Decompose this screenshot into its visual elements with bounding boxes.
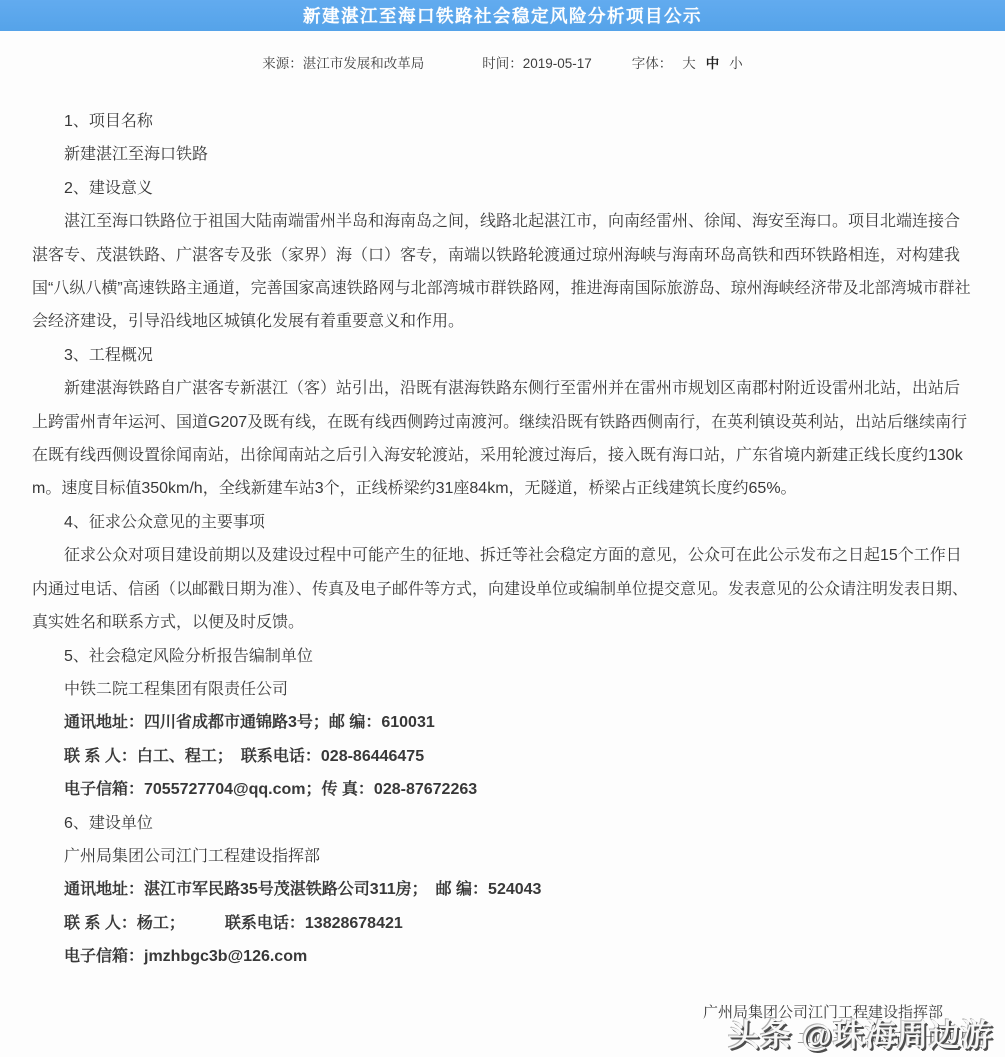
article-paragraph: 联 系 人：白工、程工； 联系电话：028-86446475: [32, 740, 973, 773]
article-paragraph: 6、建设单位: [32, 807, 973, 840]
font-label: 字体：: [632, 56, 673, 71]
time-label: 时间：: [482, 56, 523, 71]
notice-title-bar: 新建湛江至海口铁路社会稳定风险分析项目公示: [0, 0, 1005, 31]
meta-time: 时间：2019-05-17: [482, 52, 592, 72]
article-paragraph: 通讯地址：四川省成都市通锦路3号；邮 编：610031: [32, 706, 973, 739]
meta-bar: 来源：湛江市发展和改革局 时间：2019-05-17 字体：大中小: [0, 53, 1005, 71]
article-paragraph: 电子信箱：jmzhbgc3b@126.com: [32, 940, 973, 973]
font-size-large-button[interactable]: 大: [682, 56, 696, 71]
article-paragraph: 3、工程概况: [32, 339, 973, 372]
article-paragraph: 广州局集团公司江门工程建设指挥部: [32, 840, 973, 873]
article-paragraph: 4、征求公众意见的主要事项: [32, 506, 973, 539]
article-paragraph: 联 系 人：杨工； 联系电话：13828678421: [32, 907, 973, 940]
article-paragraph: 5、社会稳定风险分析报告编制单位: [32, 640, 973, 673]
font-size-small-button[interactable]: 小: [729, 56, 743, 71]
article-paragraph: 湛江至海口铁路位于祖国大陆南端雷州半岛和海南岛之间，线路北起湛江市，向南经雷州、…: [32, 205, 973, 339]
article-paragraph: 通讯地址：湛江市军民路35号茂湛铁路公司311房； 邮 编：524043: [32, 873, 973, 906]
article-paragraph: 新建湛海铁路自广湛客专新湛江（客）站引出，沿既有湛海铁路东侧行至雷州并在雷州市规…: [32, 372, 973, 506]
article-paragraph: 中铁二院工程集团有限责任公司: [32, 673, 973, 706]
font-size-medium-button[interactable]: 中: [706, 56, 720, 71]
meta-source: 来源：湛江市发展和改革局: [262, 52, 424, 72]
time-value: 2019-05-17: [523, 56, 592, 71]
article-body: 1、项目名称新建湛江至海口铁路2、建设意义湛江至海口铁路位于祖国大陆南端雷州半岛…: [32, 105, 973, 974]
article-paragraph: 新建湛江至海口铁路: [32, 138, 973, 171]
article-paragraph: 1、项目名称: [32, 105, 973, 138]
article-paragraph: 2、建设意义: [32, 172, 973, 205]
source-value: 湛江市发展和改革局: [303, 56, 425, 71]
source-label: 来源：: [262, 56, 303, 71]
footer-signature-date: 二〇一九年五月十四日: [703, 1026, 977, 1049]
article-paragraph: 征求公众对项目建设前期以及建设过程中可能产生的征地、拆迁等社会稳定方面的意见，公…: [32, 539, 973, 639]
page-title: 新建湛江至海口铁路社会稳定风险分析项目公示: [303, 3, 702, 28]
footer-signature: 广州局集团公司江门工程建设指挥部 二〇一九年五月十四日: [703, 1001, 1005, 1049]
meta-font-switcher: 字体：大中小: [632, 52, 743, 72]
footer-signature-org: 广州局集团公司江门工程建设指挥部: [703, 1001, 943, 1022]
article-paragraph: 电子信箱：7055727704@qq.com；传 真：028-87672263: [32, 773, 973, 806]
